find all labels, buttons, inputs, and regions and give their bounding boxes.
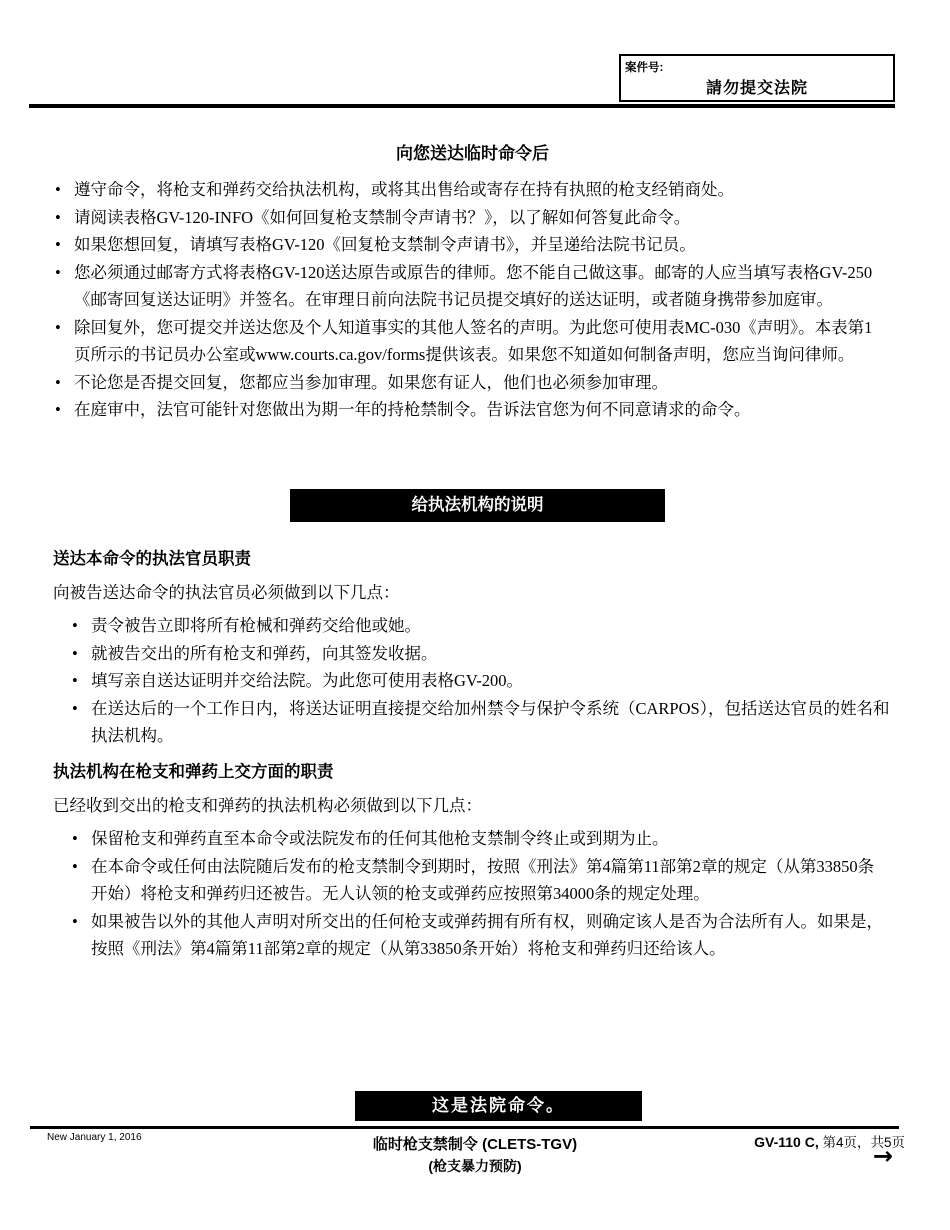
list-item: 不论您是否提交回复，您都应当参加审理。如果您有证人，他们也必须参加审理。 (55, 369, 890, 397)
list-item: 责令被告立即将所有枪械和弹药交给他或她。 (72, 612, 890, 640)
continuation-arrow-icon: → (873, 1144, 893, 1168)
list-item-text: 除回复外，您可提交并送达您及个人知道事实的其他人签名的声明。为此您可使用表MC-… (74, 314, 890, 369)
list-item-text: 在庭审中，法官可能针对您做出为期一年的持枪禁制令。告诉法官您为何不同意请求的命令… (74, 396, 890, 424)
list-item: 保留枪支和弹药直至本命令或法院发布的任何其他枪支禁制令终止或到期为止。 (72, 825, 890, 853)
subsection-intro: 向被告送达命令的执法官员必须做到以下几点： (53, 583, 890, 603)
footer-rule (30, 1126, 899, 1129)
list-item: 如果被告以外的其他人声明对所交出的任何枪支或弹药拥有所有权，则确定该人是否为合法… (72, 908, 890, 963)
case-number-label: 案件号: (625, 59, 663, 75)
list-item: 除回复外，您可提交并送达您及个人知道事实的其他人签名的声明。为此您可使用表MC-… (55, 314, 890, 369)
list-item-text: 在本命令或任何由法院随后发布的枪支禁制令到期时，按照《刑法》第4篇第11部第2章… (91, 853, 890, 908)
court-order-banner: 这是法院命令。 (355, 1091, 642, 1121)
list-item-text: 您必须通过邮寄方式将表格GV-120送达原告或原告的律师。您不能自己做这事。邮寄… (74, 259, 890, 314)
bullet-marker (72, 853, 91, 908)
list-item: 在庭审中，法官可能针对您做出为期一年的持枪禁制令。告诉法官您为何不同意请求的命令… (55, 396, 890, 424)
bullet-marker (55, 176, 74, 204)
bullet-marker (72, 667, 91, 695)
section-title: 向您送达临时命令后 (55, 139, 890, 164)
subsection-heading: 送达本命令的执法官员职责 (53, 545, 890, 569)
section-after-service: 向您送达临时命令后 遵守命令，将枪支和弹药交给执法机构，或将其出售给或寄存在持有… (55, 139, 890, 424)
bullet-marker (55, 259, 74, 314)
list-item: 在送达后的一个工作日内，将送达证明直接提交给加州禁令与保护令系统（CARPOS）… (72, 695, 890, 750)
footer-form-subtitle: (枪支暴力预防) (0, 1156, 950, 1176)
subsection-heading: 执法机构在枪支和弹药上交方面的职责 (53, 758, 890, 782)
bullet-marker (72, 612, 91, 640)
bullet-marker (72, 695, 91, 750)
list-item: 请阅读表格GV-120-INFO《如何回复枪支禁制令声请书？》，以了解如何答复此… (55, 204, 890, 232)
document-page: 案件号: 請勿提交法院 向您送达临时命令后 遵守命令，将枪支和弹药交给执法机构，… (0, 0, 950, 1230)
list-item-text: 如果被告以外的其他人声明对所交出的任何枪支或弹药拥有所有权，则确定该人是否为合法… (91, 908, 890, 963)
subsection-intro: 已经收到交出的枪支和弹药的执法机构必须做到以下几点： (53, 796, 890, 816)
section-agency-duties: 执法机构在枪支和弹药上交方面的职责 已经收到交出的枪支和弹药的执法机构必须做到以… (53, 758, 890, 963)
section-serving-officer: 送达本命令的执法官员职责 向被告送达命令的执法官员必须做到以下几点： 责令被告立… (53, 545, 890, 750)
bullet-marker (55, 369, 74, 397)
list-item-text: 填写亲自送达证明并交给法院。为此您可使用表格GV-200。 (91, 667, 890, 695)
law-enforcement-banner: 给执法机构的说明 (290, 489, 665, 522)
list-item: 在本命令或任何由法院随后发布的枪支禁制令到期时，按照《刑法》第4篇第11部第2章… (72, 853, 890, 908)
bullet-marker (72, 825, 91, 853)
bullet-marker (55, 204, 74, 232)
list-item: 填写亲自送达证明并交给法院。为此您可使用表格GV-200。 (72, 667, 890, 695)
bullet-marker (55, 231, 74, 259)
bullet-marker (72, 640, 91, 668)
indented-list: 责令被告立即将所有枪械和弹药交给他或她。 就被告交出的所有枪支和弹药，向其签发收… (53, 612, 890, 750)
do-not-file-notice: 請勿提交法院 (621, 75, 893, 98)
list-item-text: 遵守命令，将枪支和弹药交给执法机构，或将其出售给或寄存在持有执照的枪支经销商处。 (74, 176, 890, 204)
header-rule (29, 104, 895, 108)
case-number-box: 案件号: 請勿提交法院 (619, 54, 895, 102)
list-item-text: 请阅读表格GV-120-INFO《如何回复枪支禁制令声请书？》，以了解如何答复此… (74, 204, 890, 232)
bullet-marker (55, 314, 74, 369)
list-item-text: 在送达后的一个工作日内，将送达证明直接提交给加州禁令与保护令系统（CARPOS）… (91, 695, 890, 750)
list-item: 如果您想回复，请填写表格GV-120《回复枪支禁制令声请书》，并呈递给法院书记员… (55, 231, 890, 259)
list-item-text: 责令被告立即将所有枪械和弹药交给他或她。 (91, 612, 890, 640)
bullet-marker (55, 396, 74, 424)
list-item-text: 如果您想回复，请填写表格GV-120《回复枪支禁制令声请书》，并呈递给法院书记员… (74, 231, 890, 259)
list-item-text: 保留枪支和弹药直至本命令或法院发布的任何其他枪支禁制令终止或到期为止。 (91, 825, 890, 853)
list-item-text: 不论您是否提交回复，您都应当参加审理。如果您有证人，他们也必须参加审理。 (74, 369, 890, 397)
bullet-marker (72, 908, 91, 963)
list-item: 您必须通过邮寄方式将表格GV-120送达原告或原告的律师。您不能自己做这事。邮寄… (55, 259, 890, 314)
list-item: 遵守命令，将枪支和弹药交给执法机构，或将其出售给或寄存在持有执照的枪支经销商处。 (55, 176, 890, 204)
indented-list: 保留枪支和弹药直至本命令或法院发布的任何其他枪支禁制令终止或到期为止。 在本命令… (53, 825, 890, 963)
list-item-text: 就被告交出的所有枪支和弹药，向其签发收据。 (91, 640, 890, 668)
list-item: 就被告交出的所有枪支和弹药，向其签发收据。 (72, 640, 890, 668)
form-number: GV-110 C, (754, 1134, 819, 1150)
